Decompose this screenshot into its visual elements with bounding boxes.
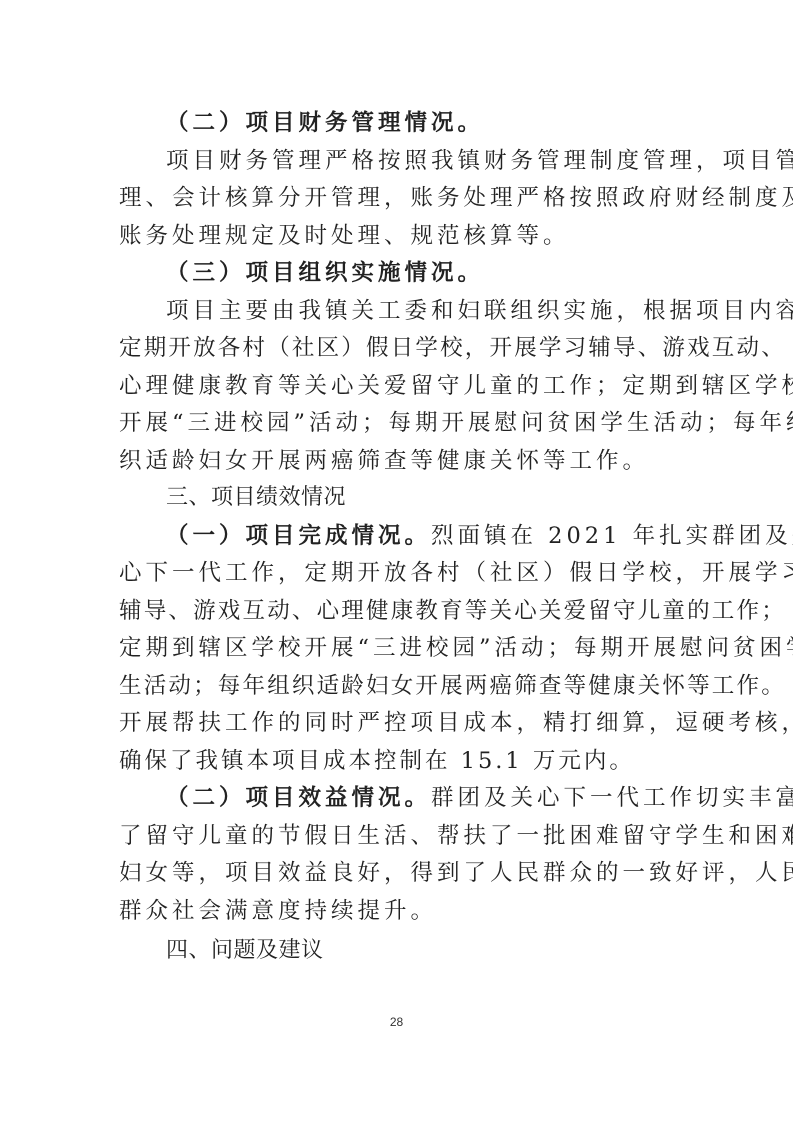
paragraph-line: 生活动；每年组织适龄妇女开展两癌筛查等健康关怀等工作。: [119, 671, 685, 701]
paragraph-line: 项目财务管理严格按照我镇财务管理制度管理，项目管: [166, 146, 686, 176]
paragraph-line: 定期开放各村（社区）假日学校，开展学习辅导、游戏互动、: [119, 333, 685, 363]
subsection-heading-benefit: （二）项目效益情况。: [166, 785, 431, 811]
paragraph-line: 账务处理规定及时处理、规范核算等。: [119, 221, 685, 251]
chapter-heading-issues: 四、问题及建议: [166, 936, 686, 966]
paragraph-text: 烈面镇在 2021 年扎实群团及关: [431, 523, 793, 549]
paragraph-line: 群众社会满意度持续提升。: [119, 896, 685, 926]
paragraph-line: 确保了我镇本项目成本控制在 15.1 万元内。: [119, 746, 685, 776]
paragraph-line: 定期到辖区学校开展“三进校园”活动；每期开展慰问贫困学: [119, 633, 685, 663]
page-number: 28: [0, 1015, 793, 1029]
paragraph-line: 开展帮扶工作的同时严控项目成本，精打细算，逗硬考核，: [119, 708, 685, 738]
chapter-heading-performance: 三、项目绩效情况: [166, 483, 686, 513]
paragraph-line: 开展“三进校园”活动；每期开展慰问贫困学生活动；每年组: [119, 408, 685, 438]
paragraph-line: 理、会计核算分开管理，账务处理严格按照政府财经制度及: [119, 183, 685, 213]
paragraph-text: 群团及关心下一代工作切实丰富: [431, 785, 793, 811]
paragraph-first-line: （一）项目完成情况。烈面镇在 2021 年扎实群团及关: [166, 521, 686, 551]
subsection-heading-finance: （二）项目财务管理情况。: [166, 108, 686, 138]
paragraph-line: 妇女等，项目效益良好，得到了人民群众的一致好评，人民: [119, 858, 685, 888]
paragraph-line: 了留守儿童的节假日生活、帮扶了一批困难留守学生和困难: [119, 821, 685, 851]
paragraph-line: 心理健康教育等关心关爱留守儿童的工作；定期到辖区学校: [119, 371, 685, 401]
paragraph-line: 织适龄妇女开展两癌筛查等健康关怀等工作。: [119, 446, 685, 476]
paragraph-first-line: （二）项目效益情况。群团及关心下一代工作切实丰富: [166, 783, 686, 813]
paragraph-line: 项目主要由我镇关工委和妇联组织实施，根据项目内容: [166, 296, 686, 326]
subsection-heading-implementation: （三）项目组织实施情况。: [166, 258, 686, 288]
paragraph-line: 心下一代工作，定期开放各村（社区）假日学校，开展学习: [119, 558, 685, 588]
document-page: （二）项目财务管理情况。 项目财务管理严格按照我镇财务管理制度管理，项目管 理、…: [0, 0, 793, 1122]
paragraph-line: 辅导、游戏互动、心理健康教育等关心关爱留守儿童的工作；: [119, 596, 685, 626]
subsection-heading-completion: （一）项目完成情况。: [166, 523, 431, 549]
